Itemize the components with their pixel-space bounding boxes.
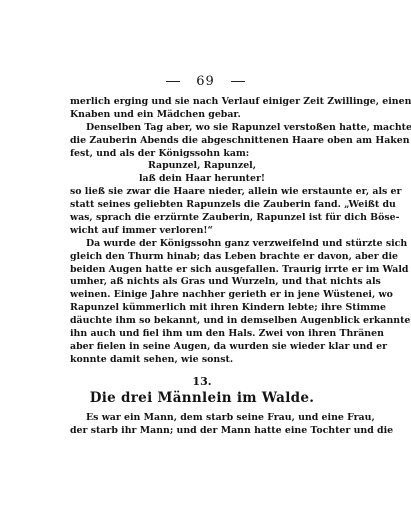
paragraph: so ließ sie zwar die Haare nieder, allei…: [70, 186, 334, 238]
paragraph: Es war ein Mann, dem starb seine Frau, u…: [70, 412, 334, 438]
text-line: gleich den Thurm hinab; das Leben bracht…: [70, 251, 334, 264]
text-line: beiden Augen hatte er sich ausgefallen. …: [70, 264, 334, 277]
text-line: so ließ sie zwar die Haare nieder, allei…: [70, 186, 334, 199]
verse: Rapunzel, Rapunzel, laß dein Haar herunt…: [70, 160, 334, 186]
paragraph: Denselben Tag aber, wo sie Rapunzel vers…: [70, 122, 334, 161]
text-line: Denselben Tag aber, wo sie Rapunzel vers…: [70, 122, 334, 135]
text-line: statt seines geliebten Rapunzels die Zau…: [70, 199, 334, 212]
text-line: aber fielen in seine Augen, da wurden si…: [70, 341, 334, 354]
text-line: ihn auch und fiel ihm um den Hals. Zwei …: [70, 328, 334, 341]
text-line: däuchte ihm so bekannt, und in demselben…: [70, 315, 334, 328]
header-dash-left: [166, 81, 180, 82]
text-line: merlich erging und sie nach Verlauf eini…: [70, 96, 334, 109]
paragraph: Da wurde der Königssohn ganz verzweifeln…: [70, 238, 334, 367]
text-line: fest, und als der Königssohn kam:: [70, 148, 334, 161]
page-body: merlich erging und sie nach Verlauf eini…: [70, 96, 334, 437]
verse-line: laß dein Haar herunter!: [70, 173, 334, 186]
text-line: der starb ihr Mann; und der Mann hatte e…: [70, 425, 334, 438]
chapter-title: Die drei Männlein im Walde.: [70, 392, 334, 412]
text-line: was, sprach die erzürnte Zauberin, Rapun…: [70, 212, 334, 225]
text-line: umher, aß nichts als Gras und Wurzeln, u…: [70, 276, 334, 289]
text-line: Da wurde der Königssohn ganz verzweifeln…: [70, 238, 334, 251]
page-header: 69: [0, 74, 411, 89]
header-dash-right: [231, 81, 245, 82]
text-line: Knaben und ein Mädchen gebar.: [70, 109, 334, 122]
paragraph: merlich erging und sie nach Verlauf eini…: [70, 96, 334, 122]
text-line: konnte damit sehen, wie sonst.: [70, 354, 334, 367]
text-line: Es war ein Mann, dem starb seine Frau, u…: [70, 412, 334, 425]
text-line: weinen. Einige Jahre nachher gerieth er …: [70, 289, 334, 302]
text-line: wicht auf immer verloren!“: [70, 225, 334, 238]
page-number: 69: [196, 74, 215, 89]
text-line: Rapunzel kümmerlich mit ihren Kindern le…: [70, 302, 334, 315]
verse-line: Rapunzel, Rapunzel,: [70, 160, 334, 173]
text-line: die Zauberin Abends die abgeschnittenen …: [70, 135, 334, 148]
book-page: 69 merlich erging und sie nach Verlauf e…: [0, 0, 411, 512]
